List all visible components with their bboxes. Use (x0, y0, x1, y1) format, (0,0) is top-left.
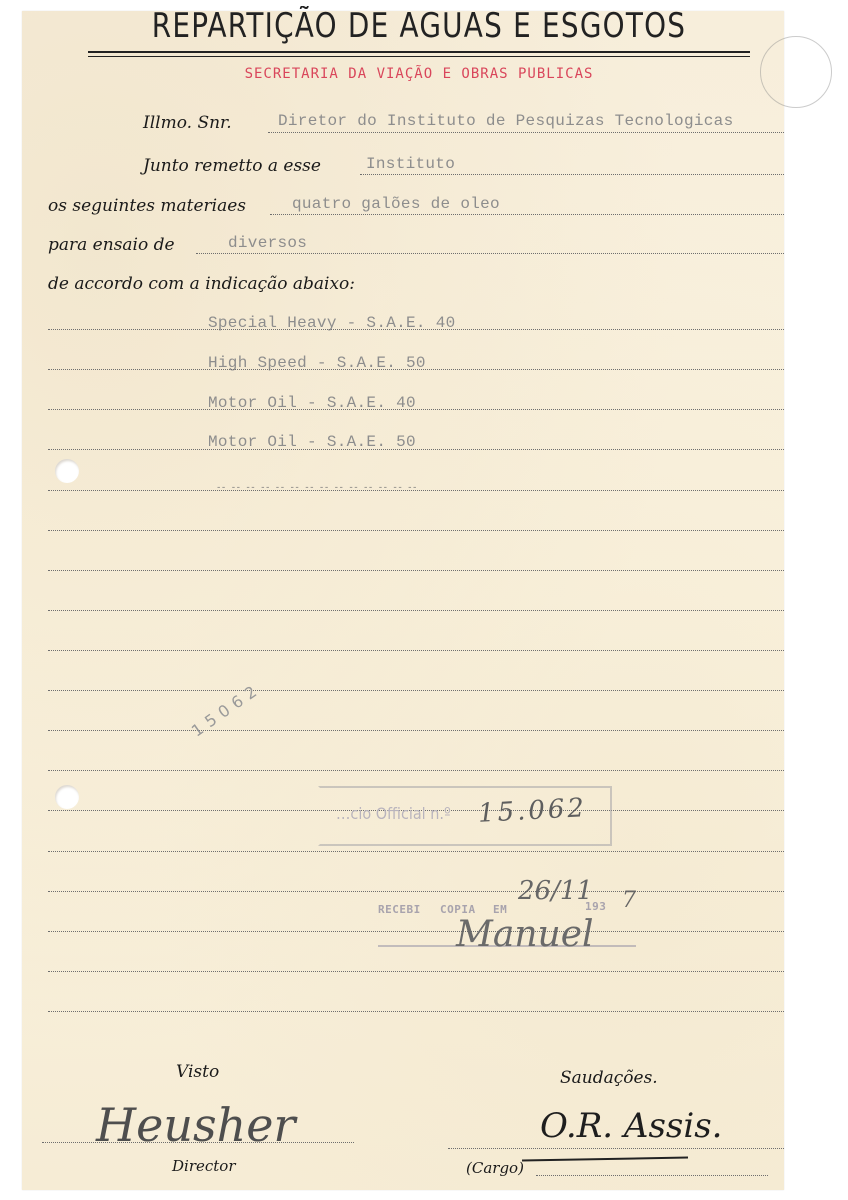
punch-hole (55, 459, 79, 483)
dotted-line (48, 851, 784, 852)
header-rule-thin (88, 56, 750, 57)
director-label: Director (172, 1156, 236, 1176)
dotted-line (48, 971, 784, 972)
cargo-label: (Cargo) (466, 1158, 524, 1178)
signature-line (42, 1142, 354, 1143)
field-value-institute: Instituto (366, 154, 455, 174)
dotted-line (48, 931, 784, 932)
dotted-line (48, 690, 784, 691)
letterhead-subtitle: SECRETARIA DA VIAÇÃO E OBRAS PUBLICAS (88, 66, 750, 82)
dotted-line (48, 329, 784, 330)
item-line: Motor Oil - S.A.E. 40 (208, 393, 416, 413)
punch-hole (55, 785, 79, 809)
cargo-line (536, 1175, 768, 1176)
dotted-line (48, 1011, 784, 1012)
dotted-line (48, 449, 784, 450)
document-paper (22, 11, 784, 1190)
dotted-line (196, 253, 784, 254)
item-line: Special Heavy - S.A.E. 40 (208, 313, 456, 333)
received-handwritten-year: 7 (622, 888, 636, 913)
dash-separator: -- -- -- -- -- -- -- -- -- -- -- -- -- -… (216, 478, 417, 498)
dotted-line (48, 490, 784, 491)
protocol-number-handwritten: 15.062 (477, 793, 587, 829)
signature-line (448, 1148, 784, 1149)
dotted-line (48, 770, 784, 771)
dotted-line (48, 610, 784, 611)
sender-signature: O.R. Assis. (540, 1106, 722, 1146)
dotted-line (48, 369, 784, 370)
visto-label: Visto (176, 1062, 219, 1082)
protocol-stamp-label: …cio Official n.º (336, 804, 451, 823)
dotted-line (48, 530, 784, 531)
director-signature: Heusher (96, 1098, 295, 1152)
closing-text: Saudações. (560, 1068, 658, 1088)
field-label-ensaio: para ensaio de (48, 235, 175, 255)
field-value-recipient: Diretor do Instituto de Pesquizas Tecnol… (278, 111, 733, 131)
dotted-line (48, 650, 784, 651)
header-rule-thick (88, 51, 750, 53)
field-label-illmo: Illmo. Snr. (143, 113, 232, 133)
dotted-line (48, 730, 784, 731)
dotted-line (268, 132, 784, 133)
field-label-junto: Junto remetto a esse (143, 156, 321, 176)
dotted-line (270, 214, 784, 215)
received-handwritten-name: Manuel (456, 914, 594, 955)
dotted-line (48, 891, 784, 892)
item-line: High Speed - S.A.E. 50 (208, 353, 426, 373)
dotted-line (48, 570, 784, 571)
dotted-line (48, 409, 784, 410)
field-label-materiaes: os seguintes materiaes (48, 196, 246, 216)
instruction-label: de accordo com a indicação abaixo: (48, 274, 355, 294)
received-handwritten-date: 26/11 (518, 876, 593, 906)
dotted-line (360, 174, 784, 175)
postmark-stamp (760, 36, 832, 108)
letterhead-title: REPARTIÇÃO DE AGUAS E ESGOTOS (148, 6, 691, 46)
field-value-materials: quatro galões de oleo (292, 194, 500, 214)
field-value-test: diversos (228, 233, 307, 253)
received-stamp-recebi: RECEBI (378, 903, 421, 916)
